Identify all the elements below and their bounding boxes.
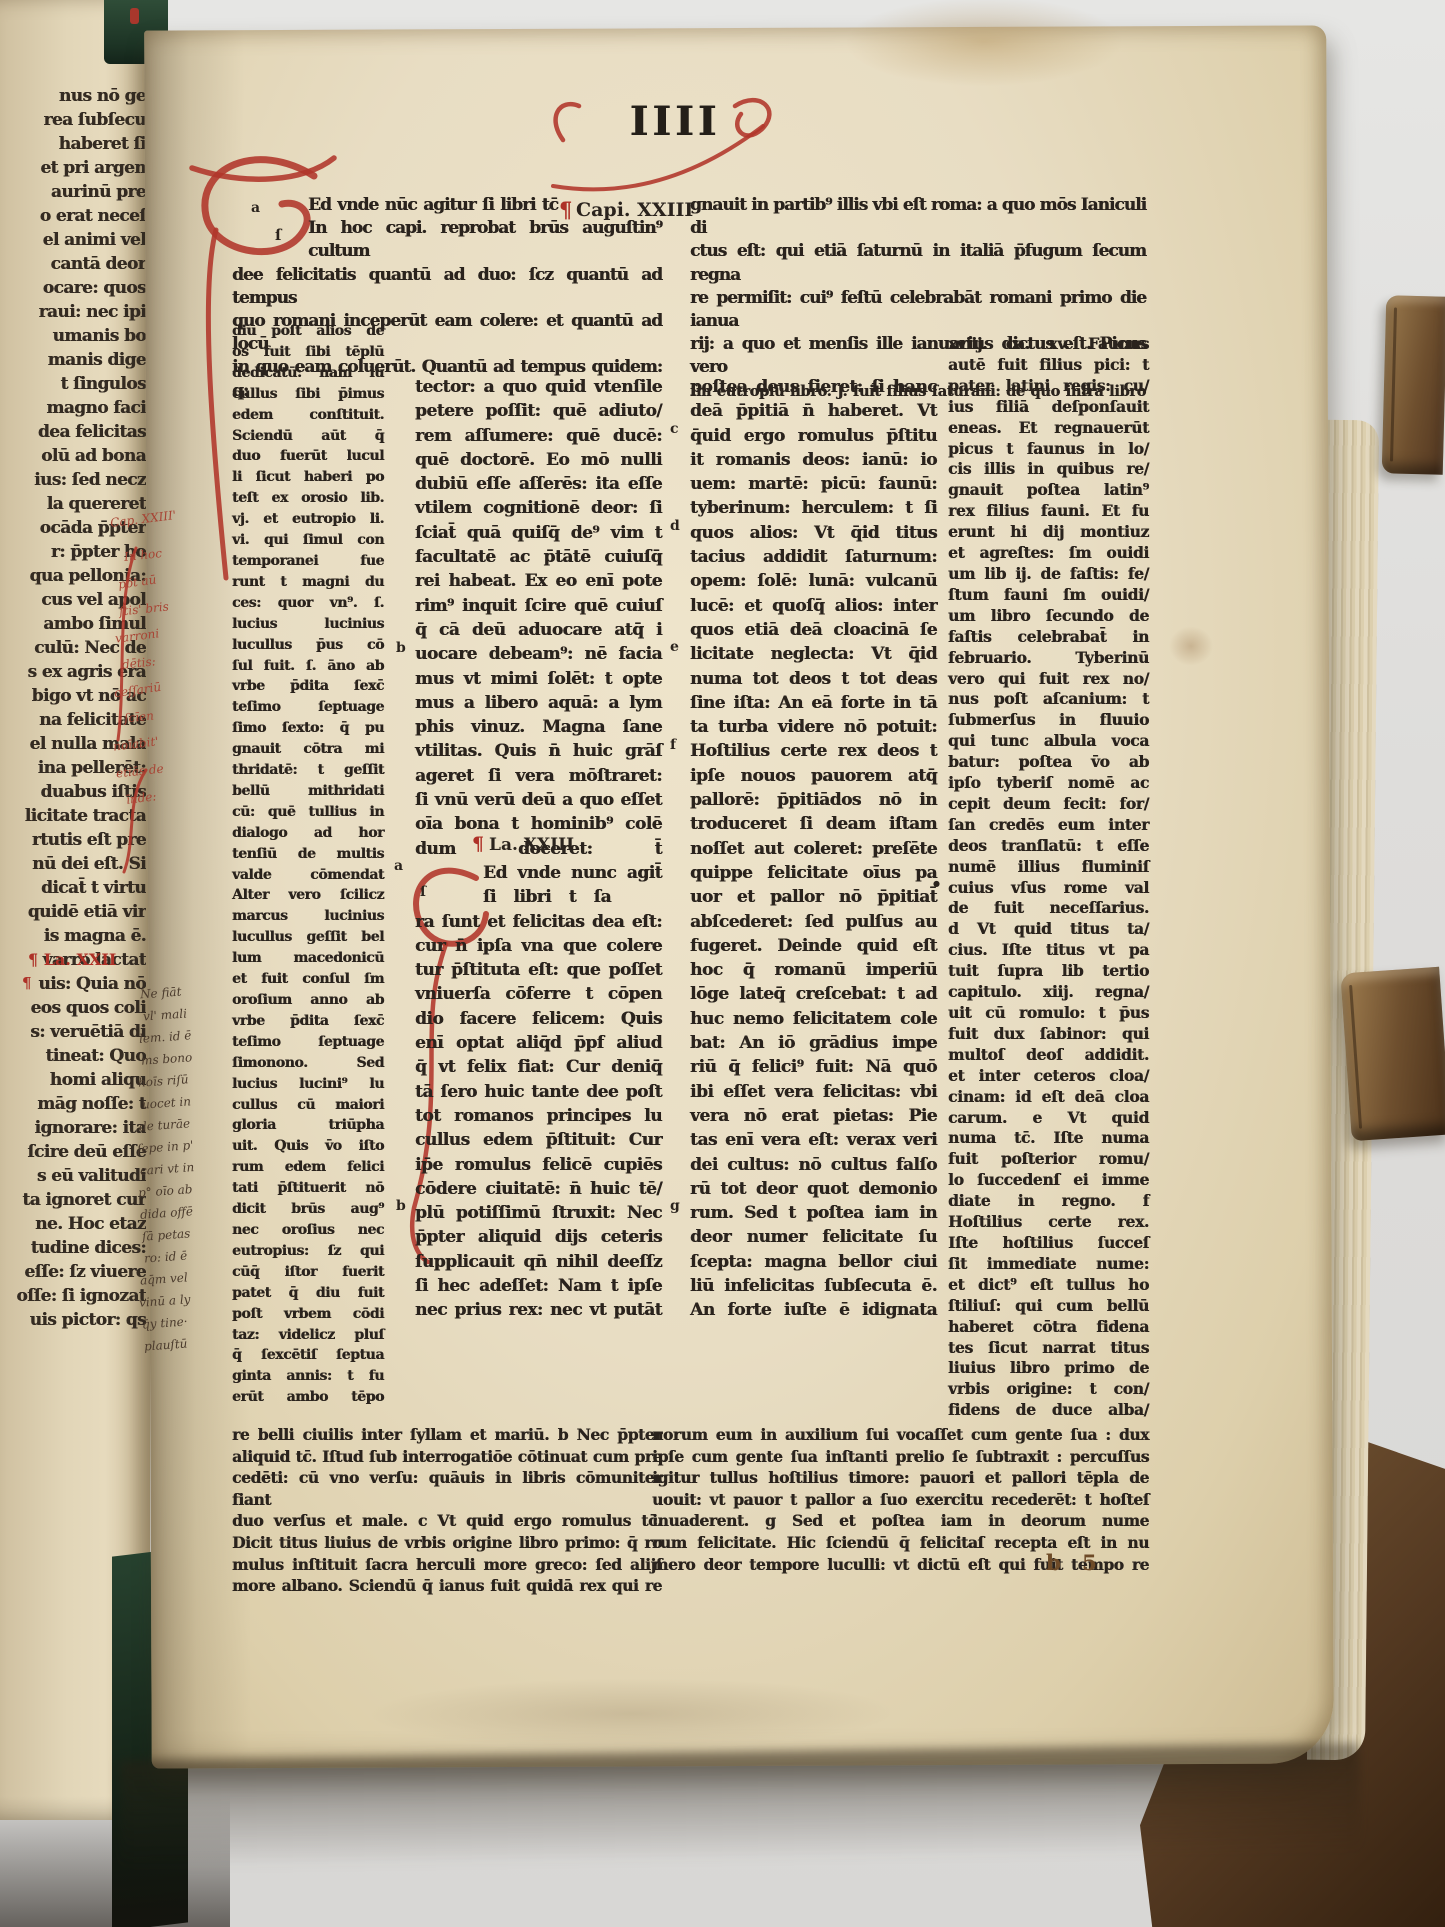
text-line: de fuit neceſſarius. — [948, 898, 1149, 919]
text-line: ſtiliuſ: qui cum bellū — [948, 1296, 1149, 1317]
annotation-mark: Cap. XXIII' — [109, 508, 176, 530]
text-line: teſimo ſeptuage — [232, 697, 384, 718]
annotation-mark: aq̄m vel — [140, 1270, 189, 1287]
annotation-mark: a — [394, 858, 403, 874]
text-line: Dicit titus liuius de vrbis origine libr… — [232, 1532, 662, 1554]
text-line: et inter ceteros cloa/ — [948, 1066, 1149, 1087]
text-line: gnauit cōtra mi — [232, 739, 384, 760]
text-line: erūt ambo tēpo — [232, 1387, 384, 1408]
text-line: ipſe cum gente ſua inſtanti prelio ſe ſu… — [652, 1446, 1149, 1468]
annotation-mark: dida offē — [140, 1204, 194, 1222]
text-line: ſul fuit. ſ. āno ab — [232, 656, 384, 677]
text-line: cius. Iſte titus vt pa — [948, 940, 1149, 961]
quire-signature: b 5 — [1046, 1550, 1104, 1575]
text-line: vrbis origine: t con/ — [948, 1379, 1149, 1400]
text-line: valde cōmendat — [232, 865, 384, 886]
footnote-block-left: re belli ciuilis inter ſyllam et mariū. … — [232, 1424, 662, 1597]
text-line: tes ſicut narrat titus — [948, 1338, 1149, 1359]
text-line: cullus ſibi p̄imus — [232, 384, 384, 405]
text-line: cepit deum fecit: for/ — [948, 794, 1149, 815]
text-line: q̄ cā deū aduocare atq̄ i — [415, 618, 662, 642]
text-line: pater latini regis: cu/ — [948, 376, 1149, 397]
text-line: cullus cū maiori — [232, 1095, 384, 1116]
text-line: teſt ex orosio lib. — [232, 488, 384, 509]
text-line: ſine iſta: An eā forte in tā — [690, 691, 937, 715]
text-line: troduceret ſi deam iſtam — [690, 812, 937, 836]
text-line: lucē: et quoſq̄ alios: inter — [690, 594, 937, 618]
text-line: cinam: id eſt deā cloa — [948, 1087, 1149, 1108]
text-line: enī optat aliq̄d p̄pf aliud — [415, 1031, 662, 1055]
commentary-column-right: xviij. ca. xv. Faunusautē fuit filius pi… — [948, 334, 1149, 1421]
text-line: fuit poſterior romu/ — [948, 1149, 1149, 1170]
text-lines: tector: a quo quid vtenſilepetere poſſit… — [415, 375, 662, 861]
text-line: aliquid tc̄. Iſtud ſub interrogatiōe cōt… — [232, 1446, 662, 1468]
text-line: nec prius rex: nec vt putāt — [415, 1298, 662, 1322]
text-line: liū infelicitas ſubſecuta ē. — [690, 1274, 937, 1298]
text-line: haberet cōtra fidena — [948, 1317, 1149, 1338]
text-line: taz: videlicz pluſ — [232, 1325, 384, 1346]
leather-clasp-strap — [1340, 967, 1445, 1141]
text-line: vero qui fuit rex no/ — [948, 669, 1149, 690]
text-line: ip̄e romulus felicē cupiēs — [415, 1153, 662, 1177]
text-line: q̄ ſexcētiſ ſeptua — [232, 1345, 384, 1366]
text-line: ſi vnū verū deū a quo eſſet — [415, 788, 662, 812]
annotation-mark: hoīs riſū — [138, 1072, 189, 1089]
text-line: uouit: vt pauor t pallor a ſuo exercitu … — [652, 1489, 1149, 1511]
text-line: erunt hi dij montiuz — [948, 522, 1149, 543]
text-line: ginta annis: t fu — [232, 1366, 384, 1387]
text-line: februario. Tyberinū — [948, 648, 1149, 669]
text-line: norum eum in auxilium ſui vocaſſet cum g… — [652, 1424, 1149, 1446]
text-line: petere poſſit: quē adiuto/ — [415, 399, 662, 423]
text-line: p̄pter aliquid dijs ceteris — [415, 1225, 662, 1249]
text-line: ſtum fauni ſm ouidi/ — [948, 585, 1149, 606]
text-line: li ſicut haberi po — [232, 467, 384, 488]
text-line: cū: quē tullius in — [232, 802, 384, 823]
text-line: vtilem cognitionē deor: ſi — [415, 496, 662, 520]
text-line: plū potiſſimū ſtruxit: Nec — [415, 1201, 662, 1225]
text-line: ibi eſſet vera felicitas: vbi — [690, 1080, 937, 1104]
text-line: vniuerſa cōferre t cōpen — [415, 982, 662, 1006]
text-line: licitate neglecta: Vt q̄id — [690, 642, 937, 666]
text-line: abſcederet: ſed pulſus au — [690, 910, 937, 934]
printed-text-layer: IIII Ed vnde nūc agitur ſi libri tc̄ In … — [0, 0, 1445, 1927]
text-line: ſit immediate nume: — [948, 1254, 1149, 1275]
text-line: cōdere ciuitatē: n̄ huic tē/ — [415, 1177, 662, 1201]
text-line: ta turba videre nō potuit: — [690, 715, 937, 739]
text-line: poſtea deus fieret: ſi hanc — [690, 375, 937, 399]
text-line: ſupplicauit qn̄ nihil deeſſz — [415, 1250, 662, 1274]
text-line: gnauit in partib⁹ illis vbi eſt roma: a … — [690, 194, 1146, 240]
text-line: runt t magni du — [232, 572, 384, 593]
text-line: rex filius fauni. Et fu — [948, 501, 1149, 522]
text-line: oīa bona t hominib⁹ colē — [415, 812, 662, 836]
text-line: nec oroſius nec — [232, 1220, 384, 1241]
annotation-mark: ſā petas — [142, 1226, 191, 1243]
text-line: quippe felicitate oīus pa — [690, 861, 937, 885]
text-line: os fuit ſibi tēplū — [232, 342, 384, 363]
header-flourish — [535, 88, 785, 198]
text-line: rim⁹ inquit ſcire quē cuiuſ — [415, 594, 662, 618]
text-line: lucius lucinius — [232, 614, 384, 635]
text-line: deos tranſlatū: t eſſe — [948, 836, 1149, 857]
intro-line: Ed vnde nūc agitur ſi libri tc̄ — [308, 194, 558, 217]
text-line: xviij. ca. xv. Faunus — [948, 334, 1149, 355]
text-line: mulus inſtituit ſacra herculi more greco… — [232, 1554, 662, 1576]
annotation-mark: ¶ La. XXII — [28, 950, 116, 969]
text-line: fugeret. Deinde quid eſt — [690, 934, 937, 958]
text-line: vi. qui ſimul con — [232, 530, 384, 551]
text-line: cur n̄ ipſa vna que colere — [415, 934, 662, 958]
text-line: huc nemo felicitatem cole — [690, 1007, 937, 1031]
annotation-mark: c — [670, 421, 679, 437]
text-line: vj. et eutropio li. — [232, 509, 384, 530]
text-line: teſimo ſeptuage — [232, 1032, 384, 1053]
text-line: multoſ deoſ addidit. — [948, 1045, 1149, 1066]
text-line: Hoſtilius certe rex deos t — [690, 739, 937, 763]
text-line: gnauit poſtea latin⁹ — [948, 480, 1149, 501]
text-line: um libro ſecundo de — [948, 606, 1149, 627]
text-line: An forte iuſte ē idignata — [690, 1298, 937, 1322]
text-line: q̄uid ergo romulus p̄ſtitu — [690, 424, 937, 448]
text-line: qui tunc albula voca — [948, 731, 1149, 752]
annotation-mark: b — [396, 1198, 406, 1214]
text-line: dicit brūs aug⁹ — [232, 1199, 384, 1220]
text-line: more albano. Sciendū q̄ ianus fuit quidā… — [232, 1575, 662, 1597]
text-line: lo ſuccedenſ ei imme — [948, 1170, 1149, 1191]
annotation-mark: plauſtū — [144, 1337, 188, 1354]
text-line: cedēti: cū vno verſu: quāuis in libris c… — [232, 1467, 662, 1510]
annotation-mark: a — [251, 200, 260, 216]
text-line: uocare debeam⁹: nē facia — [415, 642, 662, 666]
text-line: rum edem felici — [232, 1157, 384, 1178]
text-line: numē illius fluminiſ — [948, 857, 1149, 878]
annotation-mark: f — [670, 737, 676, 753]
text-line: ipſe nouos pauorem atq̄ — [690, 764, 937, 788]
text-line: uor et pallor nō p̄pitiat̄ — [690, 885, 937, 909]
text-line: bellū mithridati — [232, 781, 384, 802]
text-line: cūq̄ iſtor fuerit — [232, 1262, 384, 1283]
strap-seam — [1349, 985, 1362, 1129]
text-line: ſcepta: magna bellor ciui — [690, 1250, 937, 1274]
text-line: tacius addidit ſaturnum: — [690, 545, 937, 569]
text-line: ſubmerſus in fluuio — [948, 710, 1149, 731]
text-line: noſſet aut coleret: preſēte — [690, 837, 937, 861]
annotation-mark: ¶ — [22, 974, 32, 992]
text-line: Ed vnde nunc agit̄ — [483, 861, 662, 885]
text-line: rem aſſumere: quē ducē: — [415, 424, 662, 448]
text-line: inuaderent. g Sed et poſtea iam in deoru… — [652, 1510, 1149, 1532]
text-line: ctus eſt: qui etiā ſaturnū in italiā p̄f… — [690, 240, 1146, 286]
text-line: tenſiū de multis — [232, 844, 384, 865]
text-line: dei cultus: nō cultus falſo — [690, 1153, 937, 1177]
commentary-column-left: diu poſt alios deos fuit ſibi tēplūdedic… — [232, 321, 384, 1408]
text-line: facultatē ac p̄tātē cuiuſq̄ — [415, 545, 662, 569]
text-line: oroſium anno ab — [232, 990, 384, 1011]
text-line: ſi libri t ſa — [483, 885, 611, 909]
text-line: et fuit conſul ſm — [232, 969, 384, 990]
annotation-mark: cari vt in — [140, 1160, 195, 1178]
annotation-mark: p° oīo ab — [138, 1182, 193, 1200]
text-line: tyberinum: herculem: t ſi — [690, 496, 937, 520]
text-line: tur p̄ſtituta eſt: que poſſet — [415, 958, 662, 982]
text-line: batur: poſtea v̄o ab — [948, 752, 1149, 773]
text-line: ſciat̄ quā quiſq̄ de⁹ vim t — [415, 521, 662, 545]
text-line: re belli ciuilis inter ſyllam et mariū. … — [232, 1424, 662, 1446]
annotation-mark: q̄y tine· — [142, 1314, 188, 1331]
text-line: vera nō erat pietas: Pie — [690, 1104, 937, 1128]
text-line: igitur tullus hoſtilius timore: pauori e… — [652, 1467, 1149, 1489]
text-line: deor numer felicitate ſu — [690, 1225, 937, 1249]
text-line: uem: martē: picū: faunū: — [690, 472, 937, 496]
text-line: tuit ſupra lib tertio — [948, 961, 1149, 982]
text-line: lum macedonicū — [232, 948, 384, 969]
text-line: temporanei fue — [232, 551, 384, 572]
text-line: q̄ vt felix fiat: Cur deniq̄ — [415, 1055, 662, 1079]
text-line: Iſte hoſtilius ſucceſ — [948, 1233, 1149, 1254]
annotation-mark: g — [670, 1198, 680, 1214]
text-line: tot romanos principes lu — [415, 1104, 662, 1128]
text-line: numa tot deos t tot deas — [690, 667, 937, 691]
main-text-column-2: poſtea deus fieret: ſi hancdeā p̄pitiā n… — [690, 375, 937, 1323]
text-line: faſtis celebrabat̄ in — [948, 627, 1149, 648]
text-line: lucullus geſſit bel — [232, 927, 384, 948]
annotation-mark: ¶ — [472, 833, 484, 855]
text-line: et dict⁹ eſt tullus ho — [948, 1275, 1149, 1296]
annotation-mark: ● — [933, 878, 940, 888]
text-line: et agreſtes: ſm ouidi — [948, 543, 1149, 564]
text-line: picus t faunus in lo/ — [948, 439, 1149, 460]
text-line: ſimonono. Sed — [232, 1053, 384, 1074]
text-line: dialogo ad hor — [232, 823, 384, 844]
text-line: diate in regno. f — [948, 1191, 1149, 1212]
annotation-mark: ms bono — [141, 1050, 193, 1068]
text-line: quos alios: Vt q̄id titus — [690, 521, 937, 545]
text-line: capitulo. xiij. regna/ — [948, 982, 1149, 1003]
text-line: rū tot deor quot demonio — [690, 1177, 937, 1201]
text-line: gloria triūpha — [232, 1115, 384, 1136]
text-line: tā ſero huic tante dee poſt — [415, 1080, 662, 1104]
text-line: thridatē: t geſſit — [232, 760, 384, 781]
text-line: Hoſtilius certe rex. — [948, 1212, 1149, 1233]
text-line: ſimo ſexto: q̄ pu — [232, 718, 384, 739]
text-line: nus poſt aſcanium: t — [948, 689, 1149, 710]
annotation-mark: uocet in — [142, 1094, 192, 1111]
annotation-mark: Capi. XXIII — [576, 199, 693, 221]
text-line: rum. Sed t poſtea iam in — [690, 1201, 937, 1225]
text-line: um lib ij. de faſtis: fe/ — [948, 564, 1149, 585]
text-line: ipſo tyberiſ nomē ac — [948, 773, 1149, 794]
text-line: Sciendū aūt q̄ — [232, 426, 384, 447]
text-line: pallorē: p̄pitiādos nō in — [690, 788, 937, 812]
text-line: eneas. Et regnauerūt — [948, 418, 1149, 439]
text-line: diu poſt alios de — [232, 321, 384, 342]
text-line: carum. e Vt quid — [948, 1108, 1149, 1129]
text-line: quē doctorē. Eo mō nulli — [415, 448, 662, 472]
text-line: dee felicitatis quantū ad duo: ſcz quant… — [232, 264, 662, 310]
text-line: patet q̄ diu fuit — [232, 1283, 384, 1304]
text-line: bat: An iō grādius impe — [690, 1031, 937, 1055]
text-line: autē fuit filius pici: t — [948, 355, 1149, 376]
annotation-mark: ro: id ē — [144, 1249, 188, 1266]
text-line: cullus edem p̄ſtituit: Cur — [415, 1128, 662, 1152]
text-line: lucullus p̄us cō — [232, 635, 384, 656]
text-line: opem: ſolē: lunā: vulcanū — [690, 569, 937, 593]
annotation-mark: d — [670, 518, 680, 534]
annotation-mark: ſ — [275, 226, 281, 244]
text-line: dedicatū: nam lu — [232, 363, 384, 384]
text-line: phis vinuz. Magna ſane — [415, 715, 662, 739]
text-line: fidens de duce alba/ — [948, 1400, 1149, 1421]
text-line: cis illis in quibus re/ — [948, 459, 1149, 480]
text-line: vrbe p̄dita ſexc̄ — [232, 676, 384, 697]
text-line: hoc q̄ romanū imperiū — [690, 958, 937, 982]
text-line: uit. Quis v̄o iſto — [232, 1136, 384, 1157]
annotation-mark: vinū a ly — [139, 1292, 191, 1310]
text-line: tas enī vera eſt: verax veri — [690, 1128, 937, 1152]
annotation-mark: La. XXIII — [489, 835, 574, 855]
text-line: numa tc̄. Iſte numa — [948, 1128, 1149, 1149]
annotation-mark: b — [396, 640, 406, 656]
text-line: cuius vſus rome val — [948, 878, 1149, 899]
text-line: deā p̄pitiā n̄ haberet. Vt — [690, 399, 937, 423]
text-line: dio facere felicem: Quis — [415, 1007, 662, 1031]
text-line: quos etiā deā cloacinā ſe — [690, 618, 937, 642]
text-lines: ra ſunt et felicitas dea eſt:cur n̄ ipſa… — [415, 910, 662, 1323]
text-line: fuit dux ſabinor: qui — [948, 1024, 1149, 1045]
text-line: Alter vero ſcilicz — [232, 885, 384, 906]
text-line: ageret ſi vera mōſtraret: — [415, 764, 662, 788]
text-line: duo verſus et male. c Vt quid ergo romul… — [232, 1510, 662, 1532]
text-line: riū q̄ felici⁹ fuit: Nā quō — [690, 1055, 937, 1079]
annotation-mark: ¶ — [559, 197, 572, 222]
text-line: vtilitas. Quis n̄ huic grāſ — [415, 739, 662, 763]
text-line: re permiſit: cui⁹ feſtū celebrabāt roman… — [690, 287, 1146, 333]
text-line: lucius lucini⁹ lu — [232, 1074, 384, 1095]
book-photograph: nus nō gerea ſubſecuhaberet ſiet pri arg… — [0, 0, 1445, 1927]
text-line: liuius libro primo de — [948, 1358, 1149, 1379]
text-line: ra ſunt et felicitas dea eſt: — [415, 910, 662, 934]
text-line: ces: quor vn⁹. ſ. — [232, 593, 384, 614]
intro-line: In hoc capi. reprobat brūs auguſtin⁹ cul… — [308, 217, 662, 263]
text-line: eutropius: ſz qui — [232, 1241, 384, 1262]
annotation-mark: lem. id ē — [139, 1028, 192, 1046]
text-line: edem conſtituit. — [232, 405, 384, 426]
text-line: ius filiā deſponſauit — [948, 397, 1149, 418]
strap-seam — [1390, 307, 1397, 461]
text-line: tector: a quo quid vtenſile — [415, 375, 662, 399]
text-line: rei habeat. Ex eo enī pote — [415, 569, 662, 593]
text-line: ſi hec adeſſet: Nam t ipſe — [415, 1274, 662, 1298]
text-line: uit cū romulo: t p̄us — [948, 1003, 1149, 1024]
annotation-mark: ſepe in p' — [137, 1138, 194, 1156]
text-line: ſan credēs eum inter — [948, 815, 1149, 836]
text-line: mus vt mimi ſolēt: t opte — [415, 667, 662, 691]
text-line: dubiū eſſe aſſerēs: ita eſſe — [415, 472, 662, 496]
text-line: duo fuerūt lucul — [232, 446, 384, 467]
text-line: poſt vrbem cōdi — [232, 1304, 384, 1325]
text-line: vrbe p̄dita ſexc̄ — [232, 1011, 384, 1032]
text-line: mus a libero aquā: a lym — [415, 691, 662, 715]
annotation-mark: ſ — [420, 884, 426, 900]
text-line: d Vt quid titus ta/ — [948, 919, 1149, 940]
annotation-mark: Ne fiāt — [140, 985, 182, 1002]
annotation-mark: de turāe — [139, 1116, 191, 1134]
leather-clasp-strap — [1382, 295, 1445, 475]
text-line: marcus lucinius — [232, 906, 384, 927]
annotation-mark: vl' mali — [143, 1006, 188, 1023]
text-line: it romanis deos: ianū: io — [690, 448, 937, 472]
text-line: lōge lateq̄ creſcebat: t ad — [690, 982, 937, 1006]
text-line: tati p̄ſtituerit nō — [232, 1178, 384, 1199]
annotation-mark: e — [670, 639, 679, 655]
